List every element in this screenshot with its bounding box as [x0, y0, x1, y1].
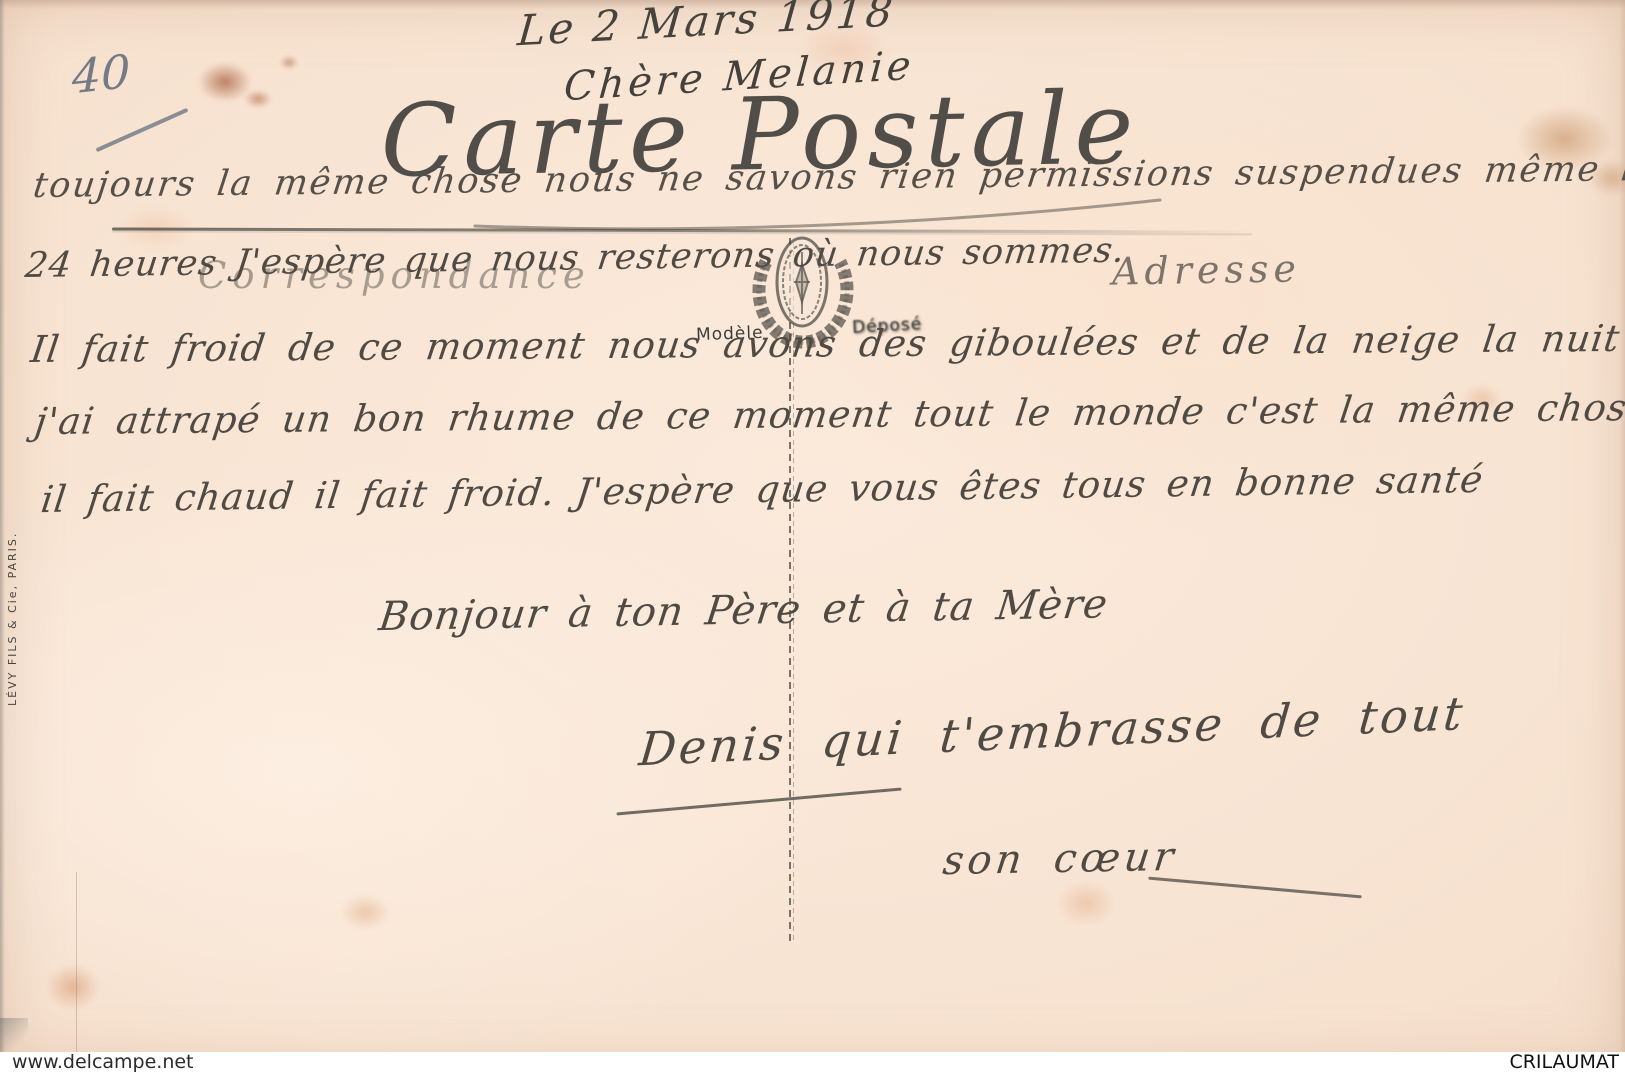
paper-corner-shadow [0, 1018, 28, 1054]
message-greeting-line: Bonjour à ton Père et à ta Mère [376, 581, 1110, 640]
message-line: j'ai attrapé un bon rhume de ce moment t… [32, 386, 1625, 443]
postcard-scan: Carte Postale Correspondance Adresse Mod… [0, 0, 1625, 1072]
pencil-corner-underline [96, 108, 189, 152]
adresse-label: Adresse [1112, 246, 1302, 293]
signature-underline-flourish [616, 788, 901, 816]
publisher-imprint: LÉVY FILS & Cie, PARIS. [6, 532, 19, 706]
rust-stain [280, 56, 298, 69]
rust-stain [244, 90, 272, 108]
watermark-right: CRILAUMAT [1509, 1052, 1619, 1072]
signature-line: Denis qui t'embrasse de tout [637, 686, 1468, 776]
pencil-corner-note: 40 [72, 44, 130, 104]
watermark-bar: www.delcampe.net CRILAUMAT [0, 1052, 1625, 1072]
message-line: il fait chaud il fait froid. J'espère qu… [39, 458, 1486, 521]
foxing-stain [1056, 880, 1116, 926]
message-line: toujours la même chose nous ne savons ri… [31, 149, 1625, 206]
foxing-stain [340, 894, 390, 930]
paper-edge-left [0, 0, 5, 1072]
signature-closing-line: son cœur [940, 834, 1180, 884]
closing-flourish [1148, 877, 1361, 899]
message-line: Il fait froid de ce moment nous avons de… [28, 316, 1625, 371]
watermark-left: www.delcampe.net [12, 1052, 194, 1072]
foxing-stain [46, 964, 100, 1010]
paper-crease [76, 872, 77, 1054]
